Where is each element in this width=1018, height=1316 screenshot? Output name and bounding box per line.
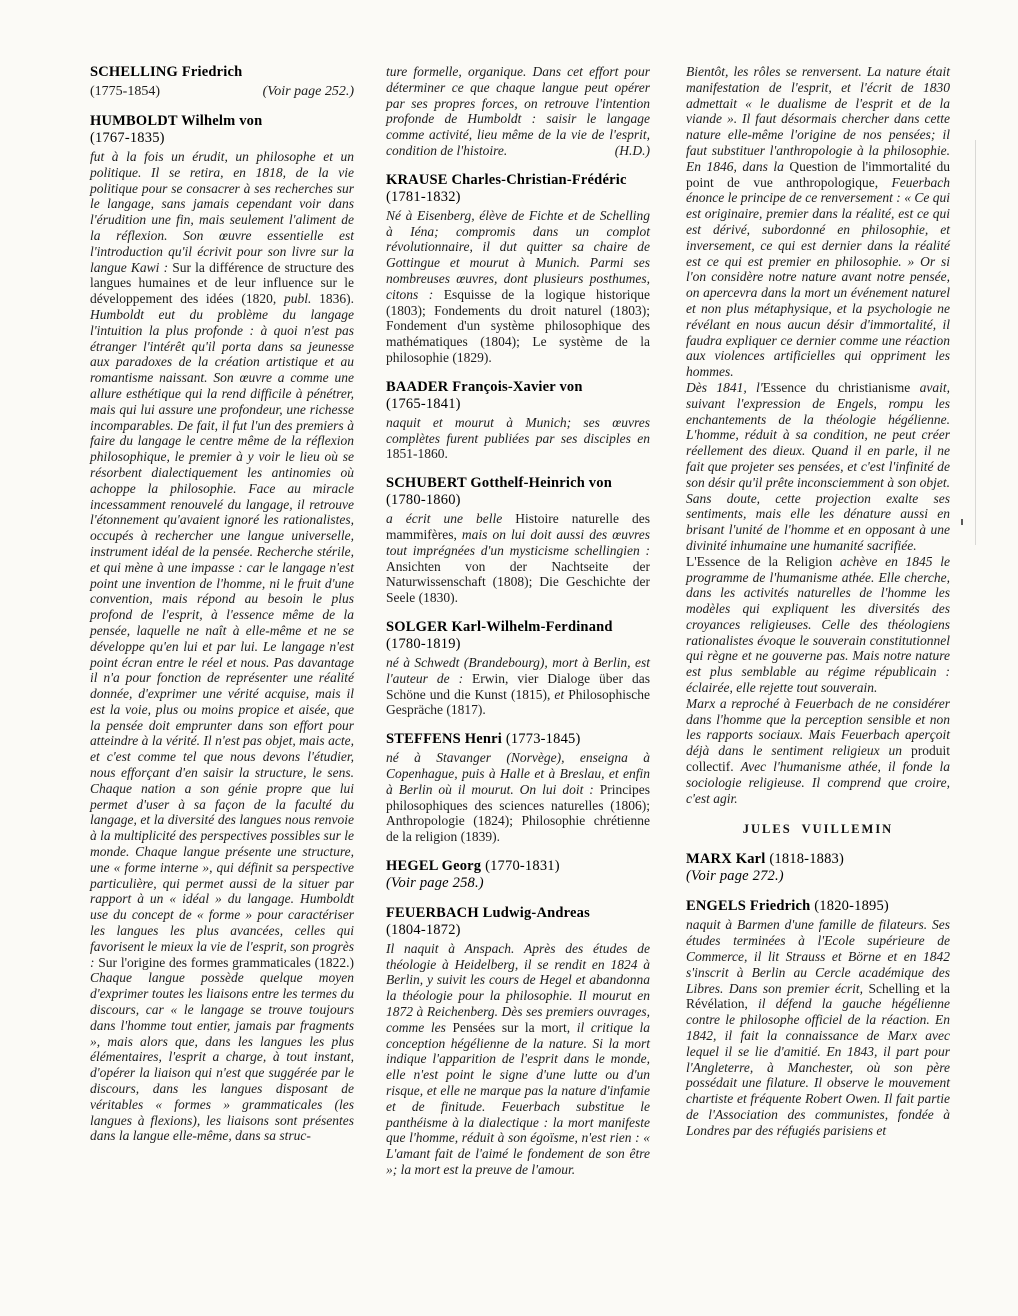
commentary-text: il critique la conception hégélienne de …: [386, 1020, 650, 1177]
column-2: ture formelle, organique. Dans cet effor…: [386, 64, 650, 1178]
work-title: 1851-1860.: [386, 446, 448, 461]
entry-heading-solger: SOLGER Karl-Wilhelm-Ferdinand(1780-1819): [386, 619, 650, 653]
cross-reference: (Voir page 252.): [263, 83, 354, 100]
entry-body-feuerbach-continued-3: L'Essence de la Religion achève en 1845 …: [686, 554, 950, 696]
commentary-text: ture formelle, organique. Dans cet effor…: [386, 64, 650, 158]
entry-heading-schelling: SCHELLING Friedrich: [90, 64, 354, 81]
entry-body-humboldt: fut à la fois un érudit, un philosophe e…: [90, 149, 354, 1144]
commentary-text: achève en 1845 le programme de l'humanis…: [686, 554, 950, 695]
work-title: Ansichten von der Nachtseite der Naturwi…: [386, 559, 650, 606]
entry-body-engels: naquit à Barmen d'une famille de filateu…: [686, 917, 950, 1138]
entry-dates: (1770-1831): [485, 858, 560, 874]
entry-dates: (1804-1872): [386, 922, 461, 938]
entry-heading-krause: KRAUSE Charles-Christian-Frédéric (1781-…: [386, 172, 650, 206]
column-1: SCHELLING Friedrich(1775-1854)(Voir page…: [90, 64, 354, 1144]
entry-body-feuerbach-continued-2: Dès 1841, l'Essence du christianisme ava…: [686, 380, 950, 554]
entry-heading-marx: MARX Karl (1818-1883)(Voir page 272.): [686, 851, 950, 885]
work-title: Pensées sur la mort,: [452, 1020, 576, 1035]
entry-name: SCHUBERT Gotthelf-Heinrich von: [386, 475, 612, 491]
work-title: Essence du christianisme: [763, 380, 920, 395]
entry-body-humboldt-continued: ture formelle, organique. Dans cet effor…: [386, 64, 650, 159]
scan-artifact-line: [975, 140, 976, 545]
column-3: Bientôt, les rôles se renversent. La nat…: [686, 64, 950, 1139]
commentary-text: a écrit une belle: [386, 511, 515, 526]
entry-name: SOLGER Karl-Wilhelm-Ferdinand: [386, 619, 613, 635]
entry-dates: (1773-1845): [506, 731, 581, 747]
entry-heading-baader: BAADER François-Xavier von(1765-1841): [386, 379, 650, 413]
cross-reference: (Voir page 258.): [386, 875, 484, 891]
commentary-text: il défend la gauche hégélienne contre le…: [686, 996, 950, 1137]
entry-name: ENGELS Friedrich: [686, 898, 814, 914]
entry-body-steffens: né à Stavanger (Norvège), enseigna à Cop…: [386, 750, 650, 845]
commentary-text: Feuerbach énonce le principe de ce renve…: [686, 175, 950, 380]
entry-dates: (1820-1895): [814, 898, 889, 914]
contributor-initials: (H.D.): [615, 143, 650, 159]
entry-heading-humboldt: HUMBOLDT Wilhelm von(1767-1835): [90, 113, 354, 147]
entry-body-feuerbach-continued-4: Marx a reproché à Feuerbach de ne consid…: [686, 696, 950, 807]
entry-dates: (1781-1832): [386, 189, 461, 205]
entry-heading-schubert: SCHUBERT Gotthelf-Heinrich von(1780-1860…: [386, 475, 650, 509]
work-title: 1836).: [311, 291, 354, 306]
commentary-text: Dès 1841, l': [686, 380, 763, 395]
entry-name: STEFFENS Henri: [386, 731, 506, 747]
entry-heading-engels: ENGELS Friedrich (1820-1895): [686, 898, 950, 915]
commentary-text: naquit et mourut à Munich; ses œuvres co…: [386, 415, 650, 446]
entry-name: HUMBOLDT Wilhelm von: [90, 113, 262, 129]
entry-body-schubert: a écrit une belle Histoire naturelle des…: [386, 511, 650, 606]
entry-dates: (1780-1819): [386, 636, 461, 652]
entry-body-feuerbach-continued-1: Bientôt, les rôles se renversent. La nat…: [686, 64, 950, 380]
encyclopedia-page: SCHELLING Friedrich(1775-1854)(Voir page…: [0, 0, 1018, 1316]
entry-dates: (1775-1854): [90, 83, 160, 100]
work-title: L'Essence de la Religion: [686, 554, 840, 569]
entry-dates: (1767-1835): [90, 130, 165, 146]
commentary-text: Humboldt eut du problème du langage l'in…: [90, 307, 354, 970]
commentary-text: et: [554, 687, 568, 702]
entry-name: BAADER François-Xavier von: [386, 379, 583, 395]
entry-dates: (1818-1883): [769, 851, 844, 867]
entry-heading-steffens: STEFFENS Henri (1773-1845): [386, 731, 650, 748]
entry-schelling-dates-line: (1775-1854)(Voir page 252.): [90, 83, 354, 100]
commentary-text: avait, suivant l'expression de Engels, r…: [686, 380, 950, 553]
entry-body-feuerbach: Il naquit à Anspach. Après des études de…: [386, 941, 650, 1178]
entry-dates: (1780-1860): [386, 492, 461, 508]
commentary-text: Chaque langue possède quelque moyen d'ex…: [90, 970, 354, 1143]
entry-body-solger: né à Schwedt (Brandebourg), mort à Berli…: [386, 655, 650, 718]
scan-artifact-speck: [961, 519, 963, 525]
entry-name: HEGEL Georg: [386, 858, 485, 874]
entry-name: SCHELLING Friedrich: [90, 64, 242, 80]
entry-heading-feuerbach: FEUERBACH Ludwig-Andreas(1804-1872): [386, 905, 650, 939]
entry-name: MARX Karl: [686, 851, 769, 867]
commentary-text: Bientôt, les rôles se renversent. La nat…: [686, 64, 950, 174]
commentary-text: publ.: [284, 291, 311, 306]
entry-name: FEUERBACH Ludwig-Andreas: [386, 905, 590, 921]
author-signature: JULES VUILLEMIN: [686, 822, 950, 837]
entry-heading-hegel: HEGEL Georg (1770-1831)(Voir page 258.): [386, 858, 650, 892]
work-title: Sur l'origine des formes grammaticales (…: [98, 955, 354, 970]
commentary-text: fut à la fois un érudit, un philosophe e…: [90, 149, 354, 275]
entry-dates: (1765-1841): [386, 396, 461, 412]
cross-reference: (Voir page 272.): [686, 868, 784, 884]
entry-name: KRAUSE Charles-Christian-Frédéric: [386, 172, 627, 188]
entry-body-baader: naquit et mourut à Munich; ses œuvres co…: [386, 415, 650, 462]
entry-body-krause: Né à Eisenberg, élève de Fichte et de Sc…: [386, 208, 650, 366]
